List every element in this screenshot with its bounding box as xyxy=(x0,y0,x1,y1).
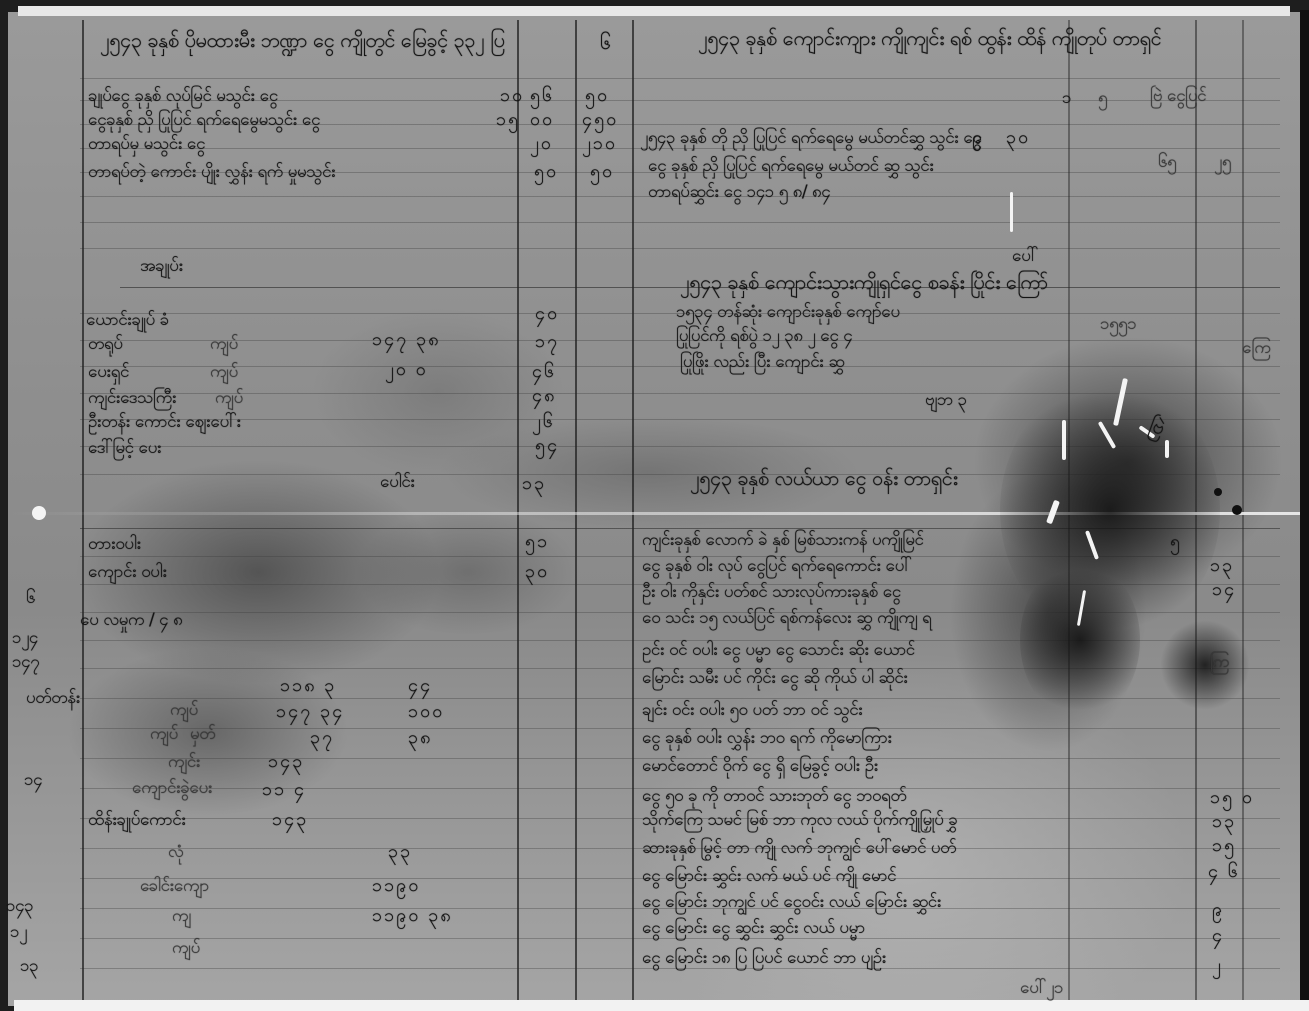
middle-entry-value: ၁၇ xyxy=(535,332,559,352)
paragraph1-line: တာရပ်ဆွှင်း ငွေ ၁၄၁ ၅ ၈/ ၈၄ xyxy=(648,182,830,202)
middle-entry-label: ဒေါ်မြင့် ပေး xyxy=(88,438,161,458)
paragraph1-value-b: ၃၀ xyxy=(1006,128,1030,148)
paragraph3-line: ချင်း ဝင်း ဝပါး ၅၀ ပတ် ဘာ ဝင် သွင်း xyxy=(642,700,863,720)
header-mark: ဗြဲ ငွေပြင် xyxy=(1150,86,1206,106)
calc-a: ၁၁ ၄ xyxy=(262,780,306,800)
paragraph3-side-value: ၅ xyxy=(1170,532,1182,552)
paragraph3-side-value: ၂ xyxy=(1212,956,1223,976)
paragraph3-side-value: ၁၅ xyxy=(1212,836,1236,856)
middle-entry-label: တရုပ် xyxy=(88,334,123,354)
paragraph2-line: ၁၅၃၄ တန်ဆုံး ကျောင်းခုနှစ် ကျော်ပေ xyxy=(676,302,900,322)
calc-b: ၁၀၀ xyxy=(408,702,444,722)
entry-col3: ၄၅၀ xyxy=(582,110,618,130)
calc-sub: ကျ xyxy=(172,906,191,926)
margin-note: ၁၄၇ xyxy=(12,652,39,672)
middle-entry-amount: ၁၄၇ ၃၈ xyxy=(372,330,441,350)
paragraph2-line: ပြုဖြိုး လည်း ပြီး ကျောင်း ဆွှ xyxy=(680,352,844,372)
paragraph3-line: ငွေ ခုနှစ် ဝါး လုပ် ငွေပြင် ရက်ရေကောင်း … xyxy=(642,556,912,576)
paragraph1-line: ၂၅၄၃ ခုနှစ် တို ညှိ ပြုပြင် ရက်ရေမွေ မယ်… xyxy=(640,128,982,148)
calc-sub: မှတ် xyxy=(190,724,215,744)
paragraph3-side-value: ၁၄ xyxy=(1212,580,1236,600)
paragraph2-trailer: ဗျဘ ၃ xyxy=(925,390,967,410)
middle-entry-unit: ကျပ် xyxy=(215,388,243,408)
middle-entry-value: ၅၄ xyxy=(535,436,559,456)
calc-b: ၁၁၉၀ xyxy=(372,876,421,896)
paragraph3-line: ငွေ မြောင်း ဆွှင်း လက် မယ် ပင် ကျို မောင… xyxy=(642,866,896,886)
calc-a: ၁၄၃ xyxy=(272,810,308,830)
paragraph3-line: သိုက်ကြေ သမင် မြစ် ဘာ ကုလ လယ် ပိုက်ကျိုမ… xyxy=(642,810,957,830)
calc-b: ၃၈ xyxy=(408,728,432,748)
middle-entry-label: ဦးတန်း ကောင်း ဈေးပေါ်း xyxy=(88,412,241,432)
left-heading: ၂၅၄၃ ခုနှစ် ပိုမထားမီး ဘဏ္ဍာ ငွေ ကျိုတွင… xyxy=(100,28,504,52)
paragraph3-side-value: ၁၅ ၀ xyxy=(1210,788,1254,808)
entry-col2: ၂၀ xyxy=(530,134,553,154)
entry-col3: ၅၀ xyxy=(590,162,614,182)
entry-col1: ၁၀ xyxy=(500,86,524,106)
middle-entry-label: ပေးရှင် xyxy=(88,362,129,382)
lower-entry-value: ၅၁ xyxy=(525,532,549,552)
middle-entry-value: ၄၀ xyxy=(535,304,559,324)
calc-sub: ကျောင်းခွဲပေး xyxy=(132,778,212,798)
entry-label: တာရပ်တဲ့ ကောင်း ပျိုး လွှန်း ရက် မှုမသွင… xyxy=(88,162,335,182)
left-heading-col-mark: ၆ xyxy=(600,30,611,54)
bottom-note: ပေါ်၂၁ xyxy=(1020,978,1063,998)
paragraph3-side-value: ၄ ၆ xyxy=(1208,862,1240,882)
paragraph1-side: ၂၅ xyxy=(1214,152,1231,172)
calc-sub: ကျပ် xyxy=(150,724,178,744)
paragraph3-line: ငွေ ၅၀ ခု ကို တာဝင် သားဘုတ် ငွေ ဘဝရတ် xyxy=(642,786,906,806)
calc-label: ပတ်တန်း xyxy=(26,688,80,708)
calc-a: ၃၇ xyxy=(310,728,334,748)
entry-label: ငွေခုနှစ် ညှိ ပြုပြင် ရက်ရေမွေမသွင်း ငွေ xyxy=(88,110,320,130)
middle-entry-label: ယောင်းချုပ် ခံ xyxy=(86,310,169,330)
paragraph3-side-value: ၄ xyxy=(1212,926,1224,946)
header-mark: ၁ xyxy=(1062,88,1071,108)
paragraph3-line: ငွေ မြောင်း ဘုကျွင် ပင် ငွေဝင်း လယ် မြော… xyxy=(642,892,941,912)
section2-heading: ၂၅၄၃ ခုနှစ် လယ်ယာ ငွေ ဝန်း တာရှင်း xyxy=(690,466,957,490)
paragraph3-line: ကျင်းခုနှစ် လောက် ခဲ နှစ် မြစ်သားကန် ပကျ… xyxy=(642,530,923,550)
paragraph2-line: ပြုပြင်ကို ရစ်ပွဲ ၁၂ ၃၈ ၂ ငွေ ၄ xyxy=(676,326,852,346)
middle-entry-unit: ကျပ် xyxy=(210,362,238,382)
calc-b: ၃၃ xyxy=(388,842,412,862)
calc-b: ၄၄ xyxy=(408,676,432,696)
lower-entry-label: ကျောင်း ဝပါး xyxy=(88,562,167,582)
calc-sub: လုံ xyxy=(168,842,183,862)
margin-note: ၁၄၃ xyxy=(6,896,33,916)
header-mark: ၅ xyxy=(1098,88,1107,108)
entry-label: တာရပ်မှ မသွင်း ငွေ xyxy=(88,134,205,154)
subtotal-value: ၁၃ xyxy=(522,474,546,494)
middle-entry-value: ၄၆ xyxy=(532,362,556,382)
calc-label: ထိန်းချုပ်ကောင်း xyxy=(88,810,186,830)
middle-entry-unit: ကျပ် xyxy=(210,334,238,354)
right-heading: ၂၅၄၃ ခုနှစ် ကျောင်းကျား ကျိုကျင်း ရစ် ထွ… xyxy=(698,26,1161,50)
paper-right-edge xyxy=(1300,10,1309,1000)
entry-col3: ၅၀ xyxy=(585,86,609,106)
calc-a: ၁၁၈ ၃ xyxy=(280,676,336,696)
middle-entry-label: ကျင်းဒေသကြီး xyxy=(88,388,176,408)
paragraph3-line: ငွေ မြောင်း ငွေ ဆွှင်း ဆွှင်း လယ် ပမ္မာ xyxy=(642,918,865,938)
lower-entry-value: ၃၀ xyxy=(525,562,549,582)
entry-col2: ၅၆ xyxy=(530,86,554,106)
paragraph1-line: ငွေ ခုနှစ် ညှိ ပြုပြင် ရက်ရေမွေ မယ်တင် ဆ… xyxy=(648,156,934,176)
paragraph3-side-value: ၁၃ xyxy=(1212,812,1236,832)
margin-note: ၆ xyxy=(26,588,35,608)
middle-entry-value: ၄၈ xyxy=(532,386,556,406)
paper-bottom-edge xyxy=(14,1000,1309,1011)
paragraph3-line: ငွေ မြောင်း ၁၈ ပြ ပြပင် ယောင် ဘာ ပျဉ်း xyxy=(642,948,886,968)
margin-note: ၁၃ xyxy=(20,956,38,976)
paragraph1-value-a: ၉ xyxy=(972,128,984,148)
calc-sub: ကျင်း xyxy=(168,752,200,772)
calc-a: ၁၄၇ ၃၄ xyxy=(276,702,344,722)
paragraph3-line: ဦး ဝါး ကိုနှင်း ပတ်စင် သားလုပ်ကားခုနှစ် … xyxy=(642,582,901,602)
subtotal-label: ပေါင်း xyxy=(380,472,415,492)
paper-top-edge xyxy=(18,6,1290,16)
middle-entry-amount: ၂၀ ၀ xyxy=(385,360,428,380)
lower-entry-label: တားဝပါး xyxy=(88,534,141,554)
paragraph3-line: ဥင်း ဝင် ဝပါး ငွေ ပမ္မာ ငွေ သောင်း ဆိုး … xyxy=(642,640,915,660)
paragraph3-line: မြောင်း သမီး ပင် ကိုင်း ငွေ ဆို ကိုယ် ပါ… xyxy=(642,668,908,688)
paragraph2-line: ၂၅၄၃ ခုနှစ် ကျောင်းသွားကျိုရှင်ငွေ စခန်း… xyxy=(680,270,1048,294)
middle-entry-value: ၂၆ xyxy=(532,412,555,432)
paragraph3-line: ဝေ သင်း ၁၅ လယ်ပြင် ရစ်ကန်လေး ဆွှ ကျိုကျ … xyxy=(642,608,931,628)
entry-label: ချုပ်ငွေ ခုနှစ် လုပ်မြင် မသွင်း ငွေ xyxy=(88,86,278,106)
paragraph2-mark: ပေါ် xyxy=(1012,246,1038,266)
entry-col2: ၀၀ xyxy=(530,110,554,130)
paragraph3-line: ငွေ ခုနှစ် ဝပါး လွှန်း ဘဝ ရက် ကိုမောကြား xyxy=(642,728,892,748)
paragraph3-side-value: ကြ xyxy=(1210,652,1229,672)
paragraph3-side-value: ၁၃ xyxy=(1210,556,1234,576)
paragraph2-side: ၁၅၅၁ xyxy=(1100,314,1136,334)
entry-col3: ၂၁၀ xyxy=(582,134,617,154)
calc-sub: ခေါင်းကျော xyxy=(140,876,209,896)
paragraph3-line: ဆားခုနှစ် မြွင့် တာ ကျို လက် ဘုကျွင် ပေါ… xyxy=(642,838,956,858)
entry-col1: ၁၅ xyxy=(496,110,520,130)
margin-note: ၁၂၄ xyxy=(12,628,38,648)
calc-sub: ကျပ် xyxy=(172,938,200,958)
paragraph3-line: မောင်တောင် ဝိုက် ငွေ ရှိ မြေခွင့် ဝပါး ဦ… xyxy=(642,756,878,776)
paragraph1-side: ၆၅ xyxy=(1158,152,1176,172)
calc-b: ၁၁၉၀ ၃၈ xyxy=(372,906,453,926)
margin-note: ၁၂ xyxy=(10,922,27,942)
paragraph2-side: ကြေ xyxy=(1242,338,1271,358)
paragraph3-side-value: ၉ xyxy=(1212,900,1224,920)
margin-note: ၁၄ xyxy=(24,770,42,790)
entry-col2: ၅၀ xyxy=(534,162,558,182)
calc-sub: ကျပ် xyxy=(170,700,198,720)
note-line: ပေ လမှုက / ၄ ၈ xyxy=(80,610,182,630)
calc-a: ၁၄၃ xyxy=(268,752,304,772)
subheading: အချုပ်း xyxy=(140,256,183,276)
